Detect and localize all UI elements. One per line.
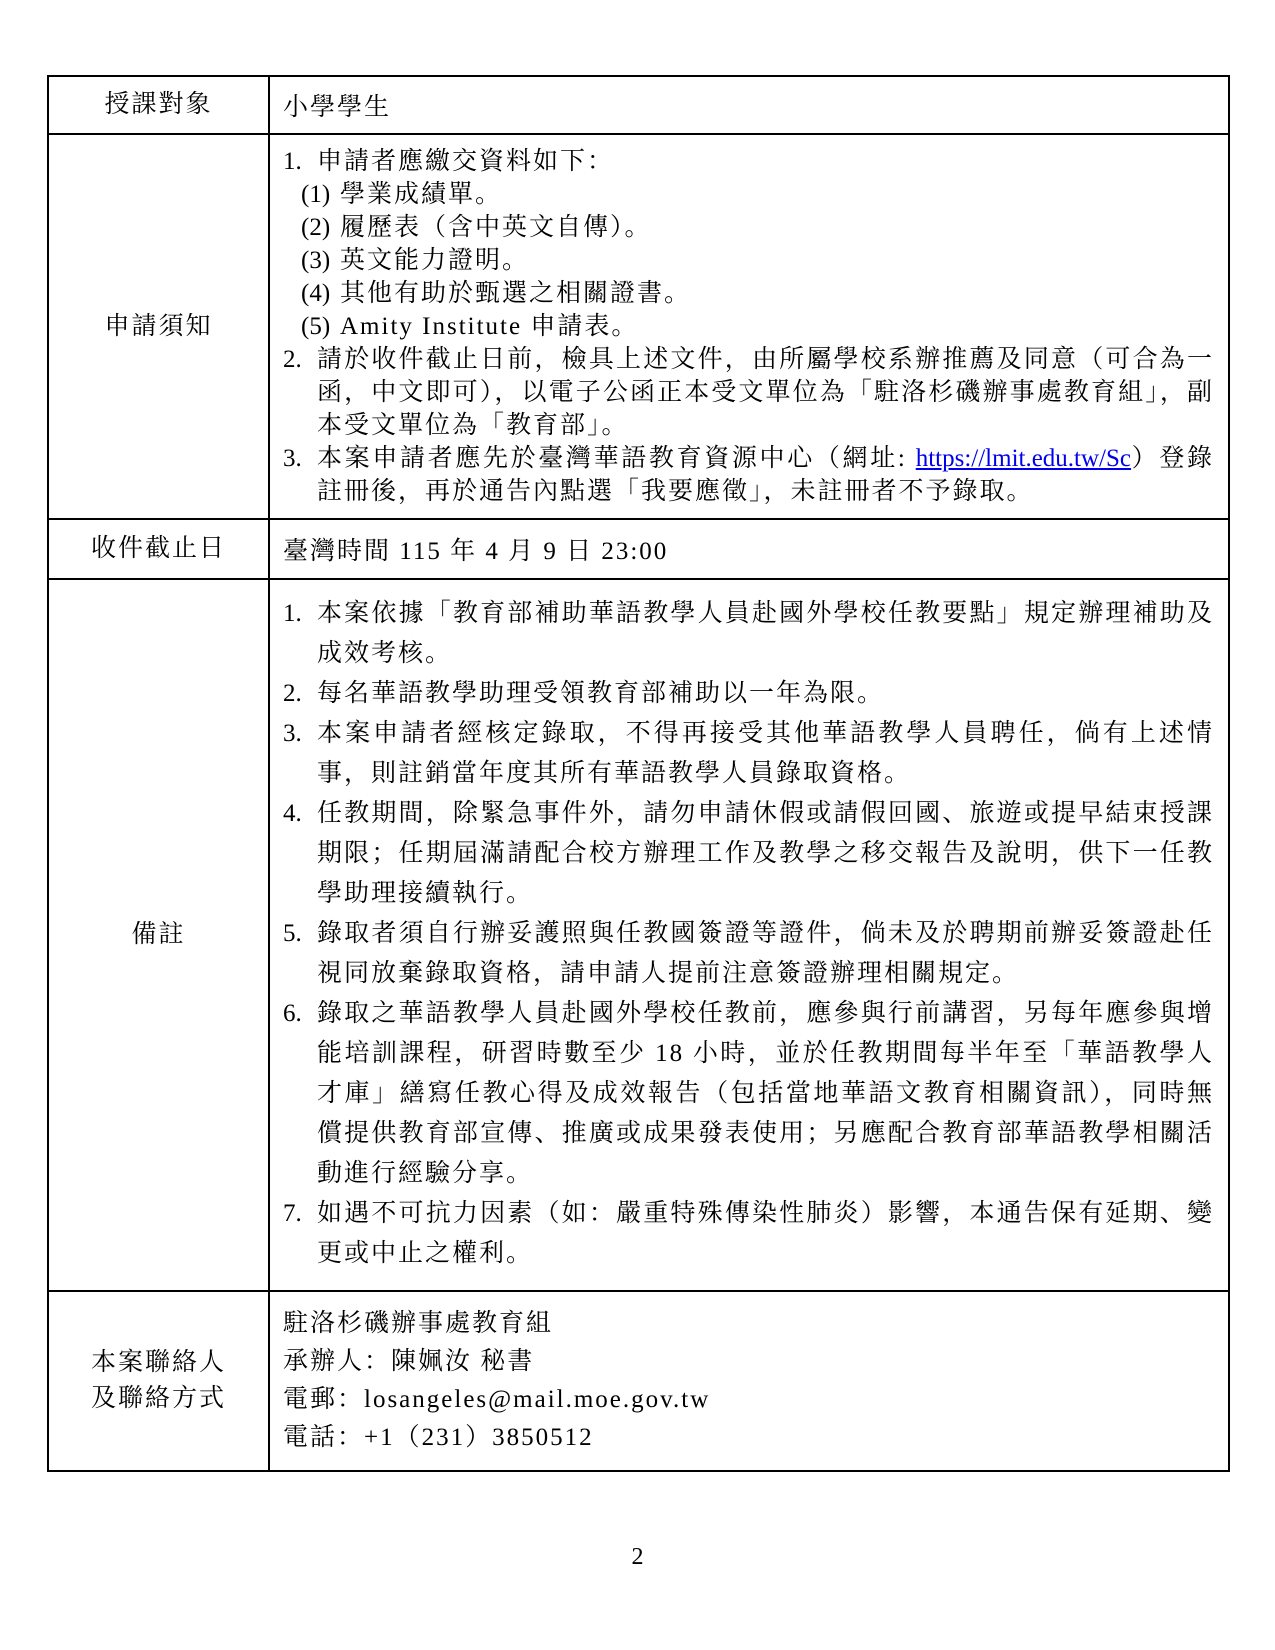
list-subitem-number: (3)	[301, 244, 330, 277]
list-subitem: (5)Amity Institute 申請表。	[283, 310, 1214, 343]
table-row-subject: 授課對象 小學學生	[48, 76, 1229, 134]
list-item: 2.每名華語教學助理受領教育部補助以一年為限。	[283, 674, 1214, 714]
list-subitem-number: (2)	[301, 211, 330, 244]
list-item-number: 5.	[283, 914, 302, 954]
label-teaching-target: 授課對象	[48, 76, 269, 134]
list-item-text: 如遇不可抗力因素（如：嚴重特殊傳染性肺炎）影響，本通告保有延期、變更或中止之權利…	[317, 1200, 1214, 1267]
list-item: 3.本案申請者經核定錄取，不得再接受其他華語教學人員聘任，倘有上述情事，則註銷當…	[283, 714, 1214, 794]
list-subitem-number: (4)	[301, 277, 330, 310]
teaching-target-value: 小學學生	[269, 76, 1229, 134]
info-table: 授課對象 小學學生 申請須知 1.申請者應繳交資料如下： (1)學業成績單。 (…	[47, 75, 1230, 1472]
list-item-text: 本案依據「教育部補助華語教學人員赴國外學校任教要點」規定辦理補助及成效考核。	[317, 600, 1214, 667]
list-item-text: 錄取之華語教學人員赴國外學校任教前，應參與行前講習，另每年應參與增能培訓課程，研…	[317, 1000, 1214, 1187]
label-remarks: 備註	[48, 579, 269, 1291]
application-notes-content: 1.申請者應繳交資料如下： (1)學業成績單。 (2)履歷表（含中英文自傳）。 …	[269, 134, 1229, 519]
list-item-text: 錄取者須自行辦妥護照與任教國簽證等證件，倘未及於聘期前辦妥簽證赴任視同放棄錄取資…	[317, 920, 1214, 987]
list-item-number: 3.	[283, 442, 302, 475]
list-item: 6.錄取之華語教學人員赴國外學校任教前，應參與行前講習，另每年應參與增能培訓課程…	[283, 994, 1214, 1194]
list-item-text: 本案申請者經核定錄取，不得再接受其他華語教學人員聘任，倘有上述情事，則註銷當年度…	[317, 720, 1214, 787]
list-subitem: (2)履歷表（含中英文自傳）。	[283, 211, 1214, 244]
list-item: 7.如遇不可抗力因素（如：嚴重特殊傳染性肺炎）影響，本通告保有延期、變更或中止之…	[283, 1194, 1214, 1274]
list-item: 4.任教期間，除緊急事件外，請勿申請休假或請假回國、旅遊或提早結束授課期限；任期…	[283, 794, 1214, 914]
list-item-text: 請於收件截止日前，檢具上述文件，由所屬學校系辦推薦及同意（可合為一函，中文即可）…	[317, 346, 1214, 439]
list-item-number: 4.	[283, 794, 302, 834]
contact-office: 駐洛杉磯辦事處教育組	[283, 1305, 1214, 1343]
list-subitem: (4)其他有助於甄選之相關證書。	[283, 277, 1214, 310]
label-deadline: 收件截止日	[48, 519, 269, 579]
table-row-contact: 本案聯絡人 及聯絡方式 駐洛杉磯辦事處教育組 承辦人：陳姵汝 秘書 電郵：los…	[48, 1291, 1229, 1471]
list-item-text: 申請者應繳交資料如下：	[317, 148, 614, 175]
label-contact: 本案聯絡人 及聯絡方式	[48, 1291, 269, 1471]
contact-content: 駐洛杉磯辦事處教育組 承辦人：陳姵汝 秘書 電郵：losangeles@mail…	[269, 1291, 1229, 1471]
list-subitem-text: 學業成績單。	[340, 181, 502, 208]
label-application-notes: 申請須知	[48, 134, 269, 519]
registration-link[interactable]: https://lmit.edu.tw/Sc	[916, 445, 1131, 472]
list-item: 3.本案申請者應先於臺灣華語教育資源中心（網址: https://lmit.ed…	[283, 442, 1214, 508]
list-item-number: 3.	[283, 714, 302, 754]
list-subitem: (1)學業成績單。	[283, 178, 1214, 211]
contact-phone: 電話：+1（231）3850512	[283, 1419, 1214, 1457]
label-contact-line1: 本案聯絡人	[50, 1345, 267, 1381]
list-subitem: (3)英文能力證明。	[283, 244, 1214, 277]
list-subitem-number: (5)	[301, 310, 330, 343]
list-item-number: 2.	[283, 343, 302, 376]
list-item: 1.本案依據「教育部補助華語教學人員赴國外學校任教要點」規定辦理補助及成效考核。	[283, 594, 1214, 674]
label-contact-line2: 及聯絡方式	[50, 1381, 267, 1417]
list-subitem-number: (1)	[301, 178, 330, 211]
contact-person: 承辦人：陳姵汝 秘書	[283, 1343, 1214, 1381]
list-item-number: 6.	[283, 994, 302, 1034]
deadline-value: 臺灣時間 115 年 4 月 9 日 23:00	[269, 519, 1229, 579]
list-item-text: 每名華語教學助理受領教育部補助以一年為限。	[317, 680, 884, 707]
list-item-number: 2.	[283, 674, 302, 714]
list-subitem-text: 其他有助於甄選之相關證書。	[340, 280, 691, 307]
remarks-content: 1.本案依據「教育部補助華語教學人員赴國外學校任教要點」規定辦理補助及成效考核。…	[269, 579, 1229, 1291]
list-subitem-text: Amity Institute 申請表。	[340, 313, 638, 340]
table-row-remarks: 備註 1.本案依據「教育部補助華語教學人員赴國外學校任教要點」規定辦理補助及成效…	[48, 579, 1229, 1291]
table-row-application-notes: 申請須知 1.申請者應繳交資料如下： (1)學業成績單。 (2)履歷表（含中英文…	[48, 134, 1229, 519]
contact-email: 電郵：losangeles@mail.moe.gov.tw	[283, 1381, 1214, 1419]
list-item: 2.請於收件截止日前，檢具上述文件，由所屬學校系辦推薦及同意（可合為一函，中文即…	[283, 343, 1214, 442]
page-number: 2	[0, 1544, 1275, 1571]
list-item-number: 1.	[283, 145, 302, 178]
list-item: 1.申請者應繳交資料如下：	[283, 145, 1214, 178]
list-subitem-text: 英文能力證明。	[340, 247, 529, 274]
list-item-number: 7.	[283, 1194, 302, 1234]
table-row-deadline: 收件截止日 臺灣時間 115 年 4 月 9 日 23:00	[48, 519, 1229, 579]
list-subitem-text: 履歷表（含中英文自傳）。	[340, 214, 652, 241]
list-item: 5.錄取者須自行辦妥護照與任教國簽證等證件，倘未及於聘期前辦妥簽證赴任視同放棄錄…	[283, 914, 1214, 994]
list-item-text: 任教期間，除緊急事件外，請勿申請休假或請假回國、旅遊或提早結束授課期限；任期屆滿…	[317, 800, 1214, 907]
list-item-number: 1.	[283, 594, 302, 634]
list-item-text: 本案申請者應先於臺灣華語教育資源中心（網址:	[317, 445, 916, 472]
